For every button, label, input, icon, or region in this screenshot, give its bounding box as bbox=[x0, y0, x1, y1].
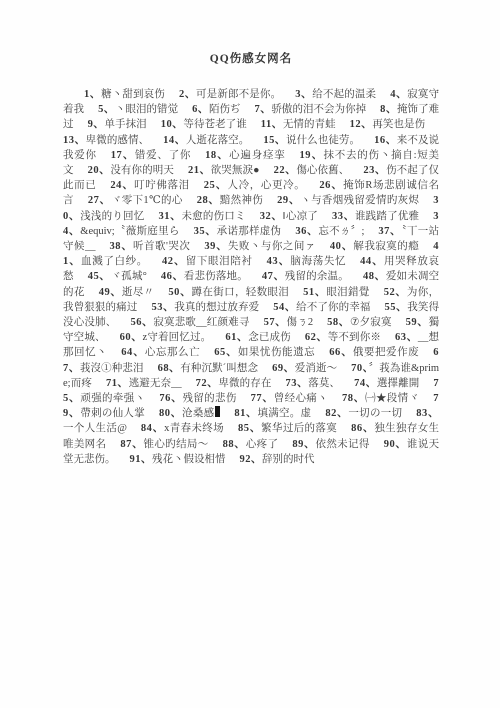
item-number: 46、 bbox=[161, 271, 184, 282]
list-item: 28、黯然神伤 bbox=[197, 195, 263, 206]
list-item: 64、心忘那么亡 bbox=[121, 347, 200, 358]
item-number: 17、 bbox=[111, 150, 135, 161]
list-item: 42、留下眼泪陪衬 bbox=[162, 256, 253, 267]
item-number: 87、 bbox=[120, 439, 143, 450]
list-item: 54、给不了你的幸福 bbox=[273, 302, 370, 313]
list-item: 61、念已成伤 bbox=[225, 332, 291, 343]
item-number: 86、 bbox=[351, 423, 374, 434]
item-number: 64、 bbox=[121, 347, 145, 358]
item-number: 73、 bbox=[286, 378, 309, 389]
item-number: 82、 bbox=[325, 408, 348, 419]
list-item: 76、残留的悲伤 bbox=[159, 393, 236, 404]
item-number: 78、 bbox=[342, 393, 365, 404]
page-title: QQ伤感女网名 bbox=[63, 50, 439, 66]
list-item: 21、欲哭無淚● bbox=[188, 165, 260, 176]
item-number: 69、 bbox=[272, 363, 295, 374]
item-number: 16、 bbox=[374, 135, 397, 146]
item-number: 6、 bbox=[192, 104, 209, 115]
list-item: 84、x青春未终场 bbox=[141, 423, 224, 434]
list-item: 53、我真的想过放弃爱 bbox=[151, 302, 259, 313]
list-item: 47、残留的余温。 bbox=[262, 271, 349, 282]
item-number: 23、 bbox=[363, 165, 386, 176]
document-page: QQ伤感女网名 1、糖丶甜到哀伤2、可是新郎不是你。3、给不起的温柔4、寂寞守着… bbox=[0, 0, 500, 708]
list-item: 38、听首歌'哭次 bbox=[110, 241, 191, 252]
item-number: 12、 bbox=[350, 119, 373, 130]
list-item: 43、脑海荡失忆 bbox=[267, 256, 347, 267]
list-item: 60、z守着回忆过。 bbox=[120, 332, 212, 343]
item-number: 72、 bbox=[196, 378, 219, 389]
list-item: 24、叮咛佛落泪 bbox=[110, 180, 189, 191]
item-number: 15、 bbox=[263, 135, 286, 146]
item-number: 63、 bbox=[395, 332, 418, 343]
item-number: 89、 bbox=[292, 439, 315, 450]
item-number: 91、 bbox=[130, 454, 153, 465]
item-number: 42、 bbox=[162, 256, 186, 267]
text-cursor-block bbox=[215, 406, 220, 417]
item-number: 70、 bbox=[351, 363, 368, 374]
item-number: 14、 bbox=[163, 135, 186, 146]
list-item: 17、错爱、了你 bbox=[111, 150, 191, 161]
item-number: 74、 bbox=[354, 378, 377, 389]
list-item: 6、陌伤ぢ bbox=[192, 104, 240, 115]
item-number: 26、 bbox=[319, 180, 343, 191]
item-number: 5、 bbox=[98, 104, 115, 115]
item-number: 1、 bbox=[84, 89, 101, 100]
list-item: 51、眼泪錯覺 bbox=[303, 287, 370, 298]
list-item: 9、单手抹泪 bbox=[88, 119, 147, 130]
list-item: 56、寂寞悲歌__红颜难寻 bbox=[130, 317, 249, 328]
item-number: 13、 bbox=[63, 135, 86, 146]
item-number: 84、 bbox=[141, 423, 164, 434]
item-number: 35、 bbox=[194, 226, 217, 237]
item-number: 36、 bbox=[295, 226, 318, 237]
item-number: 51、 bbox=[303, 287, 326, 298]
item-number: 31、 bbox=[159, 211, 182, 222]
item-number: 32、 bbox=[260, 211, 283, 222]
list-item: 45、ヾ孤城° bbox=[88, 271, 147, 282]
item-number: 49、 bbox=[99, 287, 122, 298]
list-item: 71、逃避无奈__ bbox=[106, 378, 182, 389]
list-item: 69、爱消逝〜 bbox=[272, 363, 337, 374]
list-item: 85、繁华过后的落寞 bbox=[238, 423, 337, 434]
item-number: 68、 bbox=[158, 363, 181, 374]
list-item: 13、卑微的感情、 bbox=[63, 135, 149, 146]
item-number: 43、 bbox=[267, 256, 291, 267]
item-number: 21、 bbox=[188, 165, 211, 176]
item-number: 90、 bbox=[384, 439, 407, 450]
list-item: 81、填满空。虚 bbox=[234, 408, 311, 419]
item-number: 61、 bbox=[225, 332, 248, 343]
list-item: 1、糖丶甜到哀伤 bbox=[84, 89, 165, 100]
item-number: 52、 bbox=[384, 287, 407, 298]
list-item: 92、辞别的时代 bbox=[240, 454, 315, 465]
item-number: 66、 bbox=[329, 347, 353, 358]
item-number: 47、 bbox=[262, 271, 285, 282]
item-number: 40、 bbox=[330, 241, 354, 252]
item-number: 45、 bbox=[88, 271, 111, 282]
list-item: 91、残花丶假设相惜 bbox=[130, 454, 226, 465]
item-number: 81、 bbox=[234, 408, 257, 419]
list-item: 89、依然未记得 bbox=[292, 439, 369, 450]
item-number: 85、 bbox=[238, 423, 261, 434]
list-item: 32、‖心凉了 bbox=[260, 211, 318, 222]
item-number: 54、 bbox=[273, 302, 296, 313]
item-number: 62、 bbox=[305, 332, 328, 343]
item-number: 76、 bbox=[159, 393, 182, 404]
item-number: 11、 bbox=[261, 119, 283, 130]
list-item: 39、失败丶与你之间ァ bbox=[204, 241, 315, 252]
item-number: 57、 bbox=[264, 317, 287, 328]
list-item: 20、没有你的明天 bbox=[88, 165, 174, 176]
list-item: 65、如果忧伤能遗忘 bbox=[214, 347, 315, 358]
list-item: 62、等不到你※ bbox=[305, 332, 381, 343]
list-item: 46、看悲伤落地。 bbox=[161, 271, 248, 282]
item-number: 60、 bbox=[120, 332, 143, 343]
item-number: 88、 bbox=[223, 439, 246, 450]
list-item: 18、心遍身痉挛 bbox=[205, 150, 285, 161]
list-item: 66、俄要把爱作废 bbox=[329, 347, 419, 358]
item-number: 9、 bbox=[88, 119, 105, 130]
list-item: 10、等待苍老了谁 bbox=[161, 119, 247, 130]
list-item: 68、有种沉默ˊ叫想念 bbox=[158, 363, 259, 374]
list-item: 74、選擇離開 bbox=[354, 378, 419, 389]
item-number: 29、 bbox=[277, 195, 300, 206]
item-number: 24、 bbox=[110, 180, 134, 191]
list-item: 12、再笑也是伤 bbox=[350, 119, 425, 130]
list-item: 77、曾经心痛ヽ bbox=[251, 393, 328, 404]
list-item: 27、ヾ零下1℃的心 bbox=[88, 195, 183, 206]
list-item: 33、谁践踏了优雅 bbox=[332, 211, 419, 222]
list-item: 40、解我寂寞的瘾 bbox=[330, 241, 419, 252]
list-item: 15、说什么也徒劳。 bbox=[263, 135, 360, 146]
list-item: 50、蹲在街口，轻数眼泪 bbox=[168, 287, 289, 298]
item-number: 33、 bbox=[332, 211, 355, 222]
name-list: 1、糖丶甜到哀伤2、可是新郎不是你。3、给不起的温柔4、寂寞守着我5、丶眼泪的错… bbox=[63, 87, 439, 467]
item-number: 19、 bbox=[299, 150, 323, 161]
list-item: 88、心疼了 bbox=[223, 439, 279, 450]
item-number: 39、 bbox=[204, 241, 228, 252]
item-number: 71、 bbox=[106, 378, 129, 389]
list-item: 58、⑦夕寂寞 bbox=[327, 317, 392, 328]
list-item: 73、落莫、 bbox=[286, 378, 341, 389]
item-number: 65、 bbox=[214, 347, 238, 358]
list-item: 2、可是新郎不是你。 bbox=[179, 89, 281, 100]
item-number: 56、 bbox=[130, 317, 153, 328]
item-number: 77、 bbox=[251, 393, 274, 404]
item-number: 44、 bbox=[360, 256, 384, 267]
list-item: 57、傷ㄋ2 bbox=[264, 317, 314, 328]
list-item: 25、人冷，心更冷。 bbox=[204, 180, 306, 191]
item-number: 27、 bbox=[88, 195, 111, 206]
item-number: 37、 bbox=[378, 226, 401, 237]
list-item: 14、人逝花落空。 bbox=[163, 135, 249, 146]
item-number: 3、 bbox=[295, 89, 312, 100]
list-item: 7、骄傲的泪不会为你掉 bbox=[255, 104, 367, 115]
item-number: 92、 bbox=[240, 454, 263, 465]
list-item: 82、一切の一切 bbox=[325, 408, 402, 419]
item-number: 10、 bbox=[161, 119, 184, 130]
list-item: 22、傷心依舊、 bbox=[274, 165, 350, 176]
item-number: 38、 bbox=[110, 241, 134, 252]
item-number: 48、 bbox=[363, 271, 386, 282]
item-number: 20、 bbox=[88, 165, 111, 176]
item-number: 2、 bbox=[179, 89, 196, 100]
item-number: 22、 bbox=[274, 165, 297, 176]
item-number: 55、 bbox=[385, 302, 408, 313]
item-number: 59、 bbox=[406, 317, 429, 328]
item-number: 83、 bbox=[416, 408, 439, 419]
list-item: 3、给不起的温柔 bbox=[295, 89, 376, 100]
list-item: 35、承诺那样虚伪 bbox=[194, 226, 282, 237]
item-number: 4、 bbox=[390, 89, 407, 100]
list-item: 29、ヽ与香烟残留爱情旳灰烬 bbox=[277, 195, 419, 206]
list-item: 11、无情的青蛙 bbox=[261, 119, 336, 130]
list-item: 78、㈠★段情ヾ bbox=[342, 393, 419, 404]
list-item: 36、忘不ㄌ〞; bbox=[295, 226, 364, 237]
item-number: 8、 bbox=[380, 104, 397, 115]
list-item: 72、卑微的存在 bbox=[196, 378, 272, 389]
item-number: 50、 bbox=[168, 287, 191, 298]
item-number: 80、 bbox=[159, 408, 182, 419]
item-number: 18、 bbox=[205, 150, 229, 161]
item-number: 28、 bbox=[197, 195, 220, 206]
list-item: 5、丶眼泪的错觉 bbox=[98, 104, 178, 115]
item-number: 7、 bbox=[255, 104, 272, 115]
list-item: 31、未愈的伤口ミ bbox=[159, 211, 246, 222]
item-number: 58、 bbox=[327, 317, 350, 328]
list-item: 87、锥心旳结局〜 bbox=[120, 439, 208, 450]
item-number: 25、 bbox=[204, 180, 228, 191]
item-number: 53、 bbox=[151, 302, 174, 313]
list-item: 80、沧桑感 bbox=[159, 408, 220, 419]
list-item: 49、逝尽〃 bbox=[99, 287, 155, 298]
